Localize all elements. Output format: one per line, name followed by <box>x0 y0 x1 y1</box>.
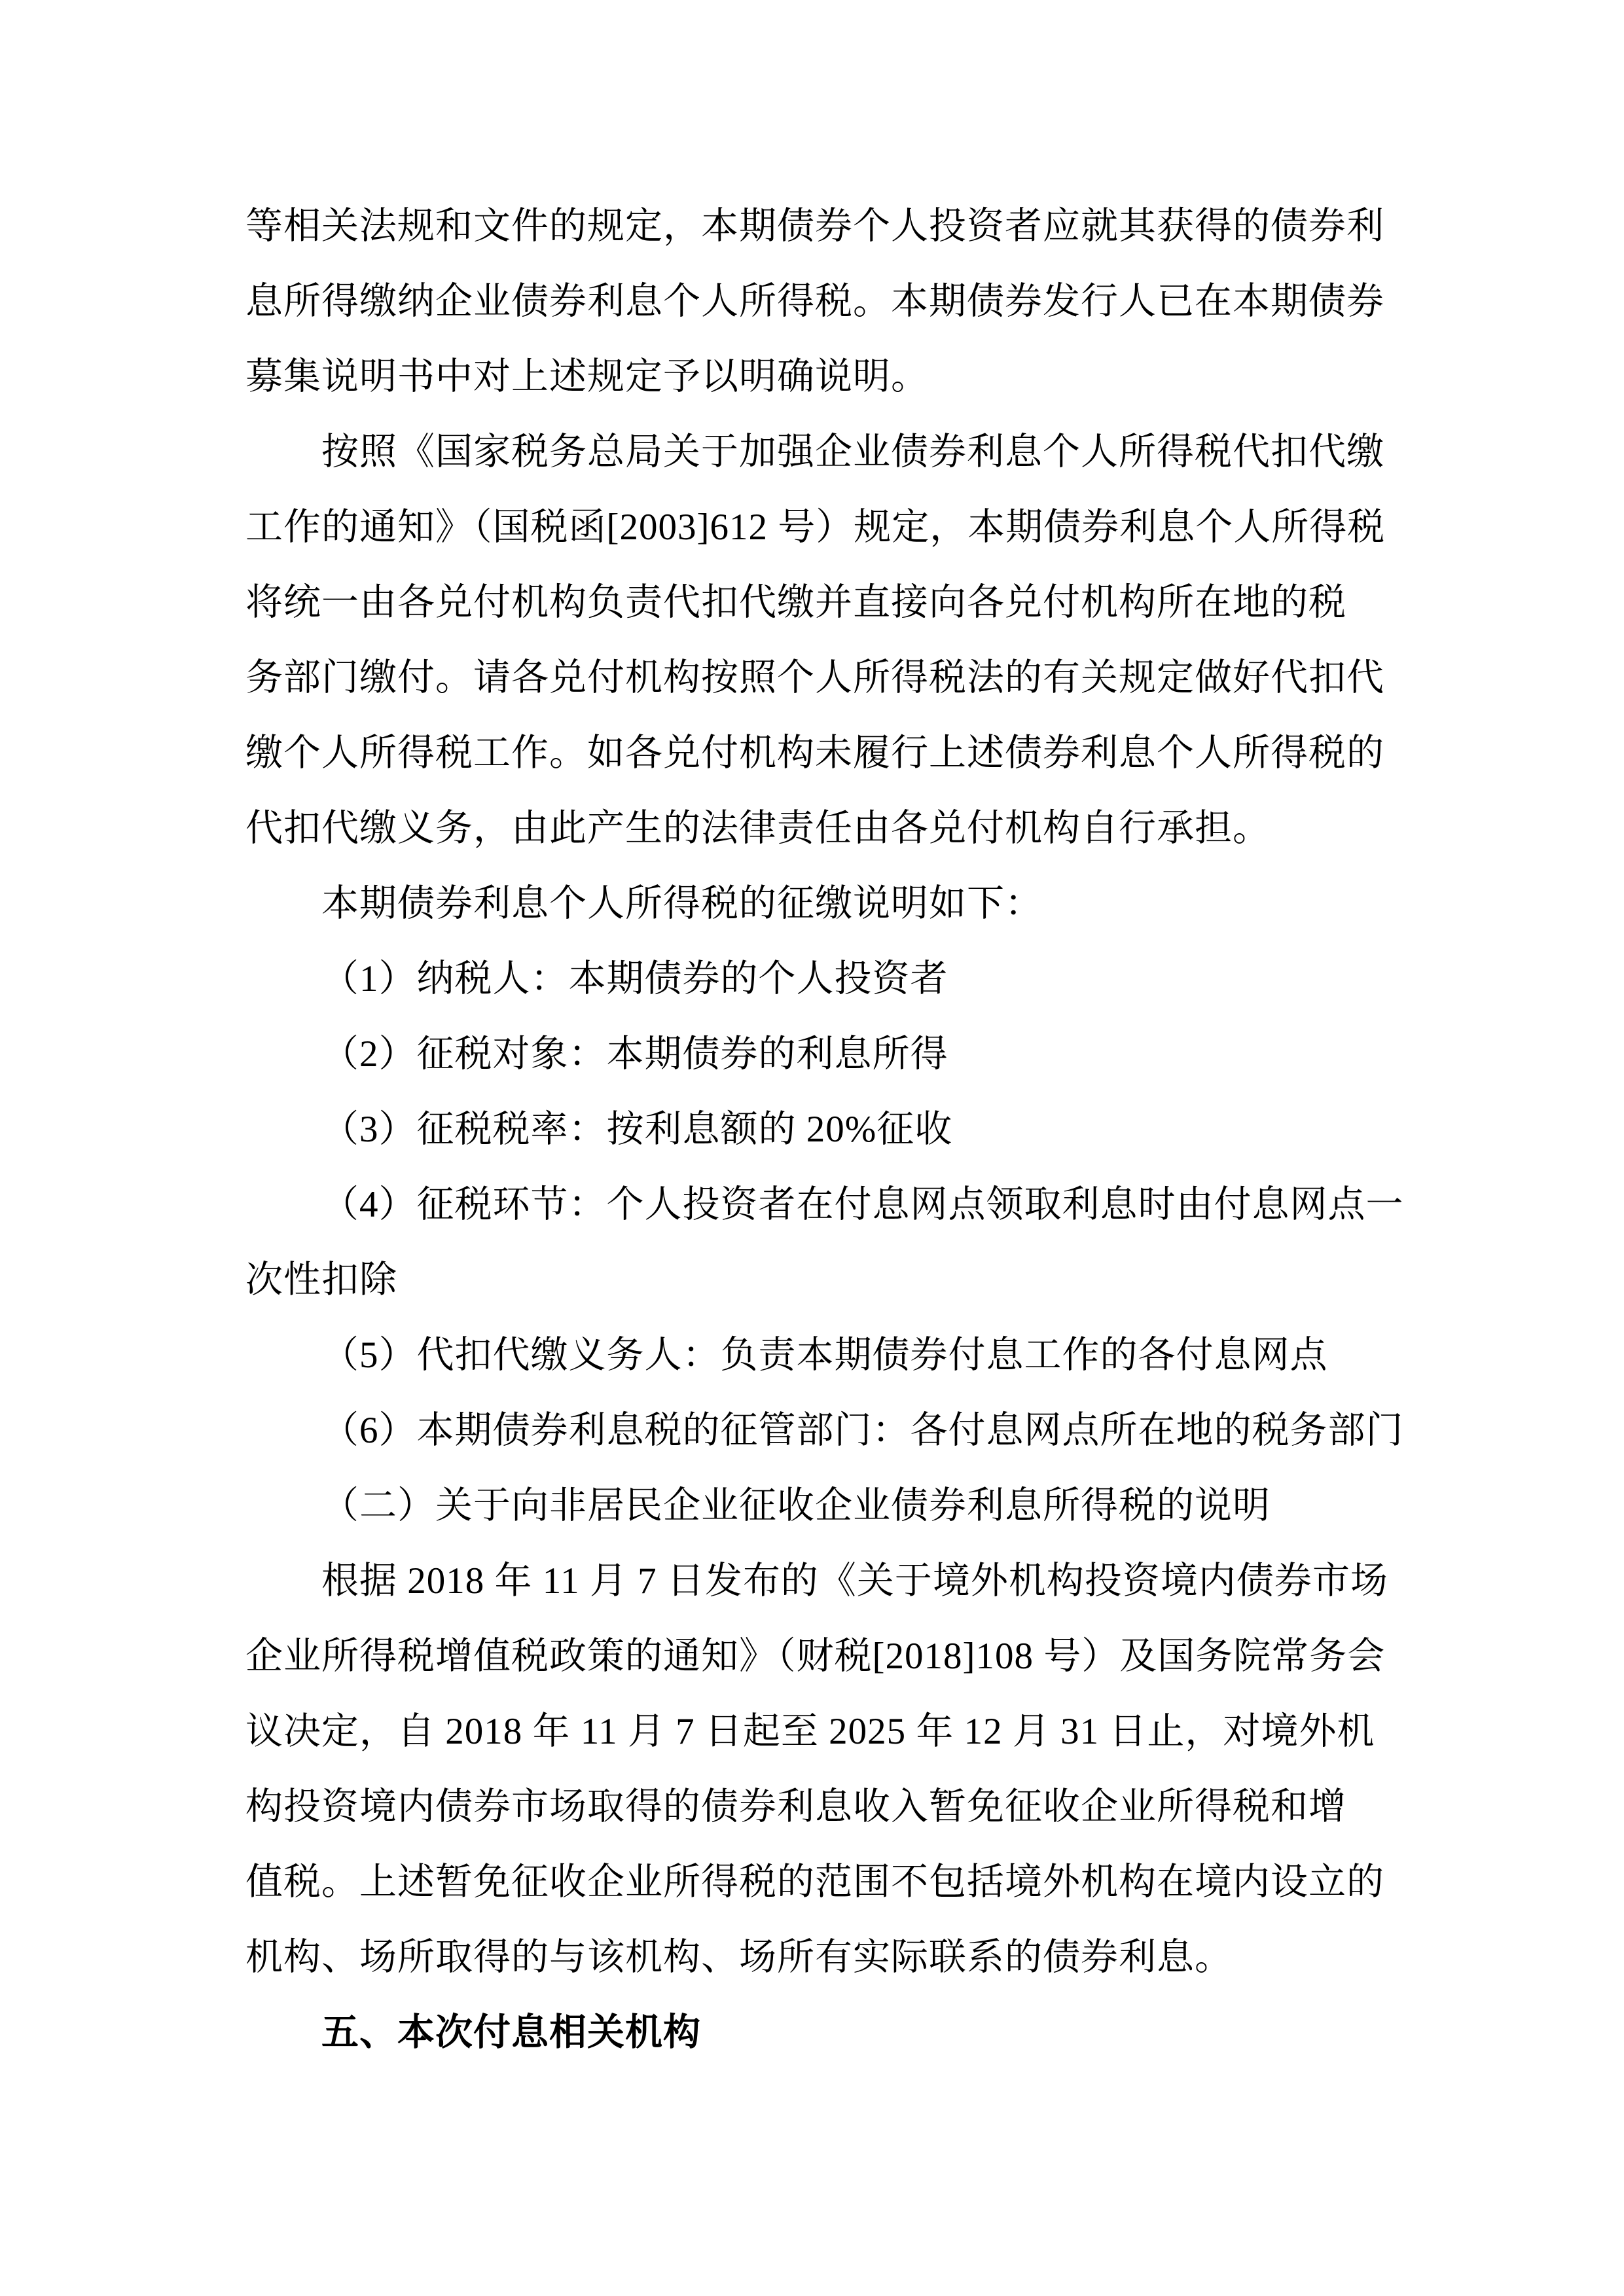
subsection-heading: （二）关于向非居民企业征收企业债券利息所得税的说明 <box>245 1468 1384 1543</box>
text-line: 企业所得税增值税政策的通知》（财税[2018]108 号）及国务院常务会 <box>245 1619 1384 1694</box>
list-item: （3）征税税率：按利息额的 20%征收 <box>245 1092 1384 1167</box>
text-line: 议决定，自 2018 年 11 月 7 日起至 2025 年 12 月 31 日… <box>245 1694 1384 1769</box>
text-line: 息所得缴纳企业债券利息个人所得税。本期债券发行人已在本期债券 <box>245 264 1384 339</box>
list-item: （5）代扣代缴义务人：负责本期债券付息工作的各付息网点 <box>245 1318 1384 1393</box>
text-line: 等相关法规和文件的规定，本期债券个人投资者应就其获得的债券利 <box>245 188 1384 264</box>
list-item: （1）纳税人：本期债券的个人投资者 <box>245 941 1384 1016</box>
section-heading: 五、本次付息相关机构 <box>245 1995 1384 2070</box>
text-line: 根据 2018 年 11 月 7 日发布的《关于境外机构投资境内债券市场 <box>245 1543 1384 1619</box>
list-item: （2）征税对象：本期债券的利息所得 <box>245 1016 1384 1092</box>
text-line: 缴个人所得税工作。如各兑付机构未履行上述债券利息个人所得税的 <box>245 715 1384 791</box>
text-line: 将统一由各兑付机构负责代扣代缴并直接向各兑付机构所在地的税 <box>245 565 1384 640</box>
text-line: 本期债券利息个人所得税的征缴说明如下： <box>245 866 1384 941</box>
document-page: 等相关法规和文件的规定，本期债券个人投资者应就其获得的债券利 息所得缴纳企业债券… <box>0 0 1624 2296</box>
text-line: 值税。上述暂免征收企业所得税的范围不包括境外机构在境内设立的 <box>245 1844 1384 1920</box>
text-line: 工作的通知》（国税函[2003]612 号）规定，本期债券利息个人所得税 <box>245 490 1384 565</box>
text-line: 构投资境内债券市场取得的债券利息收入暂免征收企业所得税和增 <box>245 1769 1384 1844</box>
text-line: 募集说明书中对上述规定予以明确说明。 <box>245 339 1384 414</box>
text-line: 代扣代缴义务，由此产生的法律责任由各兑付机构自行承担。 <box>245 791 1384 866</box>
text-line: 务部门缴付。请各兑付机构按照个人所得税法的有关规定做好代扣代 <box>245 640 1384 715</box>
list-item: （4）征税环节：个人投资者在付息网点领取利息时由付息网点一 <box>245 1167 1384 1242</box>
text-column: 等相关法规和文件的规定，本期债券个人投资者应就其获得的债券利 息所得缴纳企业债券… <box>245 188 1384 2070</box>
text-line: 按照《国家税务总局关于加强企业债券利息个人所得税代扣代缴 <box>245 414 1384 490</box>
text-line: 次性扣除 <box>245 1242 1384 1318</box>
list-item: （6）本期债券利息税的征管部门：各付息网点所在地的税务部门 <box>245 1393 1384 1468</box>
text-line: 机构、场所取得的与该机构、场所有实际联系的债券利息。 <box>245 1920 1384 1995</box>
